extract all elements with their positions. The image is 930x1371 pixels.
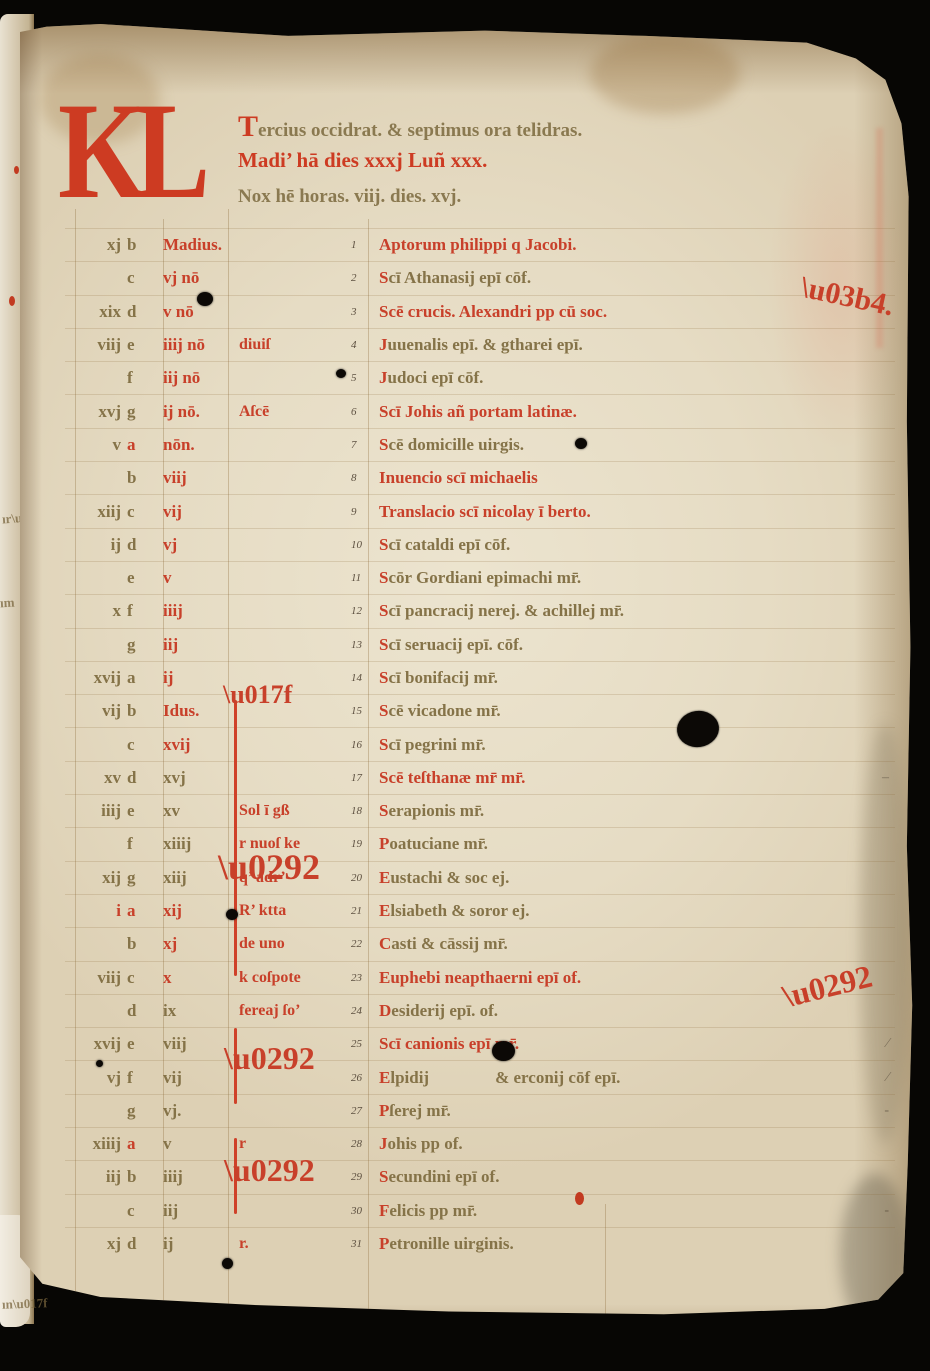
roman-date: xj: [163, 934, 239, 954]
margin-mark: ⁄: [887, 1070, 889, 1086]
dominical-letter: d: [127, 535, 163, 555]
red-ink-speck: [14, 166, 19, 174]
feast-initial: I: [379, 468, 386, 487]
feast-initial: S: [379, 268, 388, 287]
feast-initial: J: [379, 368, 388, 387]
day-number: 11: [351, 572, 379, 584]
dominical-letter: b: [127, 1167, 163, 1187]
roman-date: iij: [163, 635, 239, 655]
golden-number: i: [65, 901, 127, 921]
feast-entry: Scī pegrini mr̄.: [379, 735, 895, 755]
roman-date: x: [163, 968, 239, 988]
roman-date: xvj: [163, 768, 239, 788]
calendar-row: cxvij16Scī pegrini mr̄.: [65, 727, 895, 760]
roman-date: vj.: [163, 1101, 239, 1121]
golden-number: xix: [65, 302, 127, 322]
feast-entry: Poatuciane mr̄.: [379, 834, 895, 854]
feast-entry: Scī pancracij nerej. & achillej mr̄.: [379, 601, 895, 621]
dominical-letter: b: [127, 468, 163, 488]
parchment-page: KL Tercius occidrat. & septimus ora teli…: [20, 24, 914, 1350]
feast-initial: A: [379, 235, 391, 254]
feast-initial: P: [379, 1101, 389, 1120]
calendar-row: cvj nō2Scī Athanasij epī cōf.: [65, 261, 895, 294]
roman-date: vj: [163, 535, 239, 555]
golden-number: v: [65, 435, 127, 455]
golden-number: xiij: [65, 502, 127, 522]
day-number: 19: [351, 838, 379, 850]
margin-mark: ⁄: [887, 1036, 889, 1052]
calendar-row: xiijcvij9Translacio scī nicolay ī berto.: [65, 494, 895, 527]
feast-entry: Scē teſthanæ mr̄ mr̄.: [379, 768, 895, 788]
dominical-letter: d: [127, 768, 163, 788]
feast-initial: S: [379, 668, 388, 687]
day-number: 17: [351, 772, 379, 784]
feast-initial: D: [379, 1001, 391, 1020]
dominical-letter: b: [127, 934, 163, 954]
golden-number: xij: [65, 868, 127, 888]
showthrough-text-fragment: ın\u017f: [2, 1295, 48, 1313]
golden-number: xvij: [65, 668, 127, 688]
red-ink-speck: [220, 1314, 225, 1320]
calendar-row: ciij30Felicis pp mr̄.-: [65, 1194, 895, 1227]
gutter-shadow: [20, 24, 42, 1350]
margin-mark: –: [882, 770, 889, 786]
kalends-initial: KL: [58, 82, 199, 220]
feast-entry: Judoci epī cōf.: [379, 368, 895, 388]
calendar-row: iiijexvSol ī gß18Serapionis mr̄.: [65, 794, 895, 827]
feast-entry: Petronille uirginis.: [379, 1234, 895, 1254]
day-number: 10: [351, 539, 379, 551]
computus-note: fereaj ſo’: [239, 1002, 351, 1020]
day-number: 26: [351, 1072, 379, 1084]
feast-entry: Casti & cāssij mr̄.: [379, 934, 895, 954]
dominical-letter: g: [127, 402, 163, 422]
feast-entry: Scī bonifacij mr̄.: [379, 668, 895, 688]
margin-mark: -: [884, 1203, 889, 1219]
calendar-row: xjbMadius.1Aptorum philippi q Jacobi.: [65, 228, 895, 261]
calendar-row: bxjde uno22Casti & cāssij mr̄.: [65, 927, 895, 960]
computus-note: de uno: [239, 935, 351, 953]
roman-date: ij nō.: [163, 402, 239, 422]
parchment-hole: [336, 369, 346, 378]
feast-initial: S: [379, 601, 388, 620]
dominical-letter: a: [127, 1134, 163, 1154]
flourish-curl-icon: \u0292: [224, 1040, 315, 1077]
day-number: 16: [351, 739, 379, 751]
feast-initial: S: [379, 535, 388, 554]
dominical-letter: g: [127, 635, 163, 655]
feast-entry: Juuenalis epī. & gtharei epī.: [379, 335, 895, 355]
parchment-hole: [96, 1060, 103, 1067]
computus-note: Aſcē: [239, 403, 351, 421]
roman-date: iiij: [163, 601, 239, 621]
feast-entry: Aptorum philippi q Jacobi.: [379, 235, 895, 255]
calendar-row: xiiijavr28Johis pp of.: [65, 1127, 895, 1160]
calendar-row: xvijeviij25Scī canionis epī mr̄.⁄: [65, 1027, 895, 1060]
roman-date: ij: [163, 1234, 239, 1254]
day-number: 3: [351, 306, 379, 318]
calendar-row: dixfereaj ſo’24Desiderij epī. of.: [65, 994, 895, 1027]
feast-initial: S: [379, 735, 388, 754]
manuscript-photo: ır\u017f ım ın\u017f KL Tercius occidrat…: [0, 0, 930, 1371]
roman-date: ix: [163, 1001, 239, 1021]
feast-entry: Scē domicille uirgis.: [379, 435, 895, 455]
feast-initial: J: [379, 335, 388, 354]
golden-number: viij: [65, 335, 127, 355]
dominical-letter: b: [127, 701, 163, 721]
feast-initial: F: [379, 1201, 389, 1220]
feast-entry: Scōr Gordiani epimachi mr̄.: [379, 568, 895, 588]
calendar-row: viijeiiij nōdiuiſ4Juuenalis epī. & gthar…: [65, 328, 895, 361]
parchment-hole: [197, 292, 213, 306]
calendar-row: giij13Scī seruacij epī. cōf.: [65, 628, 895, 661]
day-number: 1: [351, 239, 379, 251]
calendar-row: xijgxiijq’ adr’20Eustachi & soc ej.: [65, 861, 895, 894]
calendar-row: fxiiijr nuoſ ke19Poatuciane mr̄.: [65, 827, 895, 860]
calendar-row: vjfvij26Elpidij& erconij cōf epī.⁄: [65, 1060, 895, 1093]
dominical-letter: d: [127, 302, 163, 322]
feast-initial: S: [379, 1034, 388, 1053]
day-number: 18: [351, 805, 379, 817]
calendar-row: ijdvj10Scī cataldi epī cōf.: [65, 528, 895, 561]
dominical-letter: a: [127, 668, 163, 688]
calendar-row: bviij8Inuencio scī michaelis: [65, 461, 895, 494]
feast-entry: Scī Johis añ portam latinæ.: [379, 402, 895, 422]
roman-date: v: [163, 568, 239, 588]
feast-initial: P: [379, 1234, 389, 1253]
showthrough-text-fragment: ım: [0, 595, 15, 612]
margin-mark: -: [884, 1103, 889, 1119]
hours-line: Nox hē horas. viij. dies. xvj.: [238, 186, 461, 208]
day-number: 4: [351, 339, 379, 351]
day-number: 7: [351, 439, 379, 451]
dominical-letter: f: [127, 1068, 163, 1088]
red-ink-drip: [575, 1192, 584, 1205]
dominical-letter: d: [127, 1234, 163, 1254]
calendar-row: xjdijr.31Petronille uirginis.: [65, 1227, 895, 1260]
parchment-hole: [492, 1041, 515, 1061]
feast-entry: Serapionis mr̄.: [379, 801, 895, 821]
feast-initial: J: [379, 1134, 388, 1153]
flourish-curl-icon: \u0292: [224, 1152, 315, 1189]
feast-entry: Scī canionis epī mr̄.: [379, 1034, 895, 1054]
feast-entry: Eustachi & soc ej.: [379, 868, 895, 888]
feast-entry: Felicis pp mr̄.: [379, 1201, 895, 1221]
roman-date: viij: [163, 468, 239, 488]
day-number: 31: [351, 1238, 379, 1250]
dominical-letter: c: [127, 968, 163, 988]
feast-initial: S: [379, 568, 388, 587]
day-number: 21: [351, 905, 379, 917]
feast-entry: Johis pp of.: [379, 1134, 895, 1154]
golden-number: xj: [65, 1234, 127, 1254]
dominical-letter: c: [127, 502, 163, 522]
feast-entry: Scī cataldi epī cōf.: [379, 535, 895, 555]
computus-note: diuiſ: [239, 336, 351, 354]
roman-date: vj nō: [163, 268, 239, 288]
dominical-letter: a: [127, 435, 163, 455]
dominical-letter: d: [127, 1001, 163, 1021]
feast-initial: T: [379, 502, 389, 521]
calendar-row: vijbIdus.15Scē vicadone mr̄.: [65, 694, 895, 727]
feast-initial: S: [379, 801, 388, 820]
day-number: 24: [351, 1005, 379, 1017]
computus-note: R’ ktta: [239, 902, 351, 920]
calendar-row: iijbiiij29Secundini epī of.: [65, 1160, 895, 1193]
roman-date: iij: [163, 1201, 239, 1221]
dominical-letter: e: [127, 1034, 163, 1054]
dominical-letter: g: [127, 1101, 163, 1121]
feast-entry: Translacio scī nicolay ī berto.: [379, 502, 895, 522]
calendar-row: xvdxvj17Scē teſthanæ mr̄ mr̄.–: [65, 761, 895, 794]
feast-initial: S: [379, 435, 388, 454]
red-ink-speck: [9, 296, 15, 306]
feast-initial: S: [379, 302, 388, 321]
golden-number: xvij: [65, 1034, 127, 1054]
dominical-letter: a: [127, 901, 163, 921]
day-number: 22: [351, 938, 379, 950]
dominical-letter: e: [127, 568, 163, 588]
dominical-letter: f: [127, 368, 163, 388]
verse-initial: T: [238, 110, 258, 143]
calendar-row: viijcxk coſpote23Euphebi neapthaerni epī…: [65, 961, 895, 994]
feast-initial: E: [379, 901, 390, 920]
feast-entry: Scī seruacij epī. cōf.: [379, 635, 895, 655]
feast-initial: S: [379, 1167, 388, 1186]
dominical-letter: f: [127, 601, 163, 621]
day-number: 8: [351, 472, 379, 484]
roman-date: xv: [163, 801, 239, 821]
calendar-row: xfiiij12Scī pancracij nerej. & achillej …: [65, 594, 895, 627]
golden-number: iij: [65, 1167, 127, 1187]
golden-number: ij: [65, 535, 127, 555]
day-number: 30: [351, 1205, 379, 1217]
dominical-letter: e: [127, 801, 163, 821]
month-title-line: Madi’ hā dies xxxj Luñ xxx.: [238, 148, 487, 173]
day-number: 25: [351, 1038, 379, 1050]
flourish-curl-icon: \u017f: [223, 680, 292, 710]
red-ink-speck: [225, 1342, 229, 1346]
roman-date: nōn.: [163, 435, 239, 455]
day-number: 20: [351, 872, 379, 884]
feast-initial: P: [379, 834, 389, 853]
day-number: 6: [351, 406, 379, 418]
dominical-letter: c: [127, 268, 163, 288]
computus-note: k coſpote: [239, 969, 351, 987]
feast-initial: S: [379, 635, 388, 654]
parchment-hole: [575, 438, 587, 449]
feast-entry: Pſerej mr̄.: [379, 1101, 895, 1121]
day-number: 23: [351, 972, 379, 984]
day-number: 28: [351, 1138, 379, 1150]
computus-note: r: [239, 1135, 351, 1153]
golden-number: viij: [65, 968, 127, 988]
bottom-edge-shading: [20, 1304, 914, 1350]
golden-number: x: [65, 601, 127, 621]
golden-number: xj: [65, 235, 127, 255]
calendar-row: iaxijR’ ktta21Elsiabeth & soror ej.: [65, 894, 895, 927]
golden-number: iiij: [65, 801, 127, 821]
calendar-row: vanōn.7Scē domicille uirgis.: [65, 428, 895, 461]
dominical-letter: c: [127, 735, 163, 755]
calendar-row: xvijaij14Scī bonifacij mr̄.: [65, 661, 895, 694]
calendar-row: xvjgij nō.Aſcē6Scī Johis añ portam latin…: [65, 394, 895, 427]
roman-date: iij nō: [163, 368, 239, 388]
computus-note: Sol ī gß: [239, 802, 351, 820]
calendar-row: xixdv nō3Scē crucis. Alexandri pp cū soc…: [65, 295, 895, 328]
egyptian-days-verse: Tercius occidrat. & septimus ora telidra…: [238, 110, 582, 144]
golden-number: xvj: [65, 402, 127, 422]
feast-initial: E: [379, 968, 390, 987]
day-number: 5: [351, 372, 379, 384]
feast-entry: Scē vicadone mr̄.: [379, 701, 895, 721]
parchment-hole: [226, 909, 238, 920]
feast-initial: E: [379, 868, 390, 887]
feast-initial: E: [379, 1068, 390, 1087]
day-number: 13: [351, 639, 379, 651]
dominical-letter: c: [127, 1201, 163, 1221]
roman-date: iiij nō: [163, 335, 239, 355]
golden-number: vj: [65, 1068, 127, 1088]
feast-entry: Elsiabeth & soror ej.: [379, 901, 895, 921]
roman-date: xvij: [163, 735, 239, 755]
dominical-letter: e: [127, 335, 163, 355]
feast-entry: Inuencio scī michaelis: [379, 468, 895, 488]
day-number: 14: [351, 672, 379, 684]
calendar-rows: xjbMadius.1Aptorum philippi q Jacobi.cvj…: [65, 228, 895, 1260]
calendar-row: gvj.27Pſerej mr̄.-: [65, 1094, 895, 1127]
dominical-letter: f: [127, 834, 163, 854]
feast-initial: S: [379, 701, 388, 720]
feast-entry: Secundini epī of.: [379, 1167, 895, 1187]
day-number: 9: [351, 506, 379, 518]
roman-date: vij: [163, 502, 239, 522]
flourish-curl-icon: \u0292: [218, 846, 320, 888]
dominical-letter: b: [127, 235, 163, 255]
day-number: 15: [351, 705, 379, 717]
day-number: 2: [351, 272, 379, 284]
day-number: 27: [351, 1105, 379, 1117]
golden-number: vij: [65, 701, 127, 721]
red-bracket-line: [234, 700, 237, 976]
day-number: 12: [351, 605, 379, 617]
golden-number: xiiij: [65, 1134, 127, 1154]
golden-number: xv: [65, 768, 127, 788]
calendar-row: ev11Scōr Gordiani epimachi mr̄.: [65, 561, 895, 594]
stain: [590, 34, 740, 114]
computus-note: r.: [239, 1235, 351, 1253]
feast-initial: S: [379, 768, 388, 787]
feast-entry: Elpidij& erconij cōf epī.: [379, 1068, 895, 1088]
day-number: 29: [351, 1171, 379, 1183]
feast-initial: S: [379, 402, 388, 421]
roman-date: Madius.: [163, 235, 239, 255]
calendar-row: fiij nō5Judoci epī cōf.: [65, 361, 895, 394]
feast-initial: C: [379, 934, 391, 953]
parchment-hole: [222, 1258, 233, 1269]
dominical-letter: g: [127, 868, 163, 888]
